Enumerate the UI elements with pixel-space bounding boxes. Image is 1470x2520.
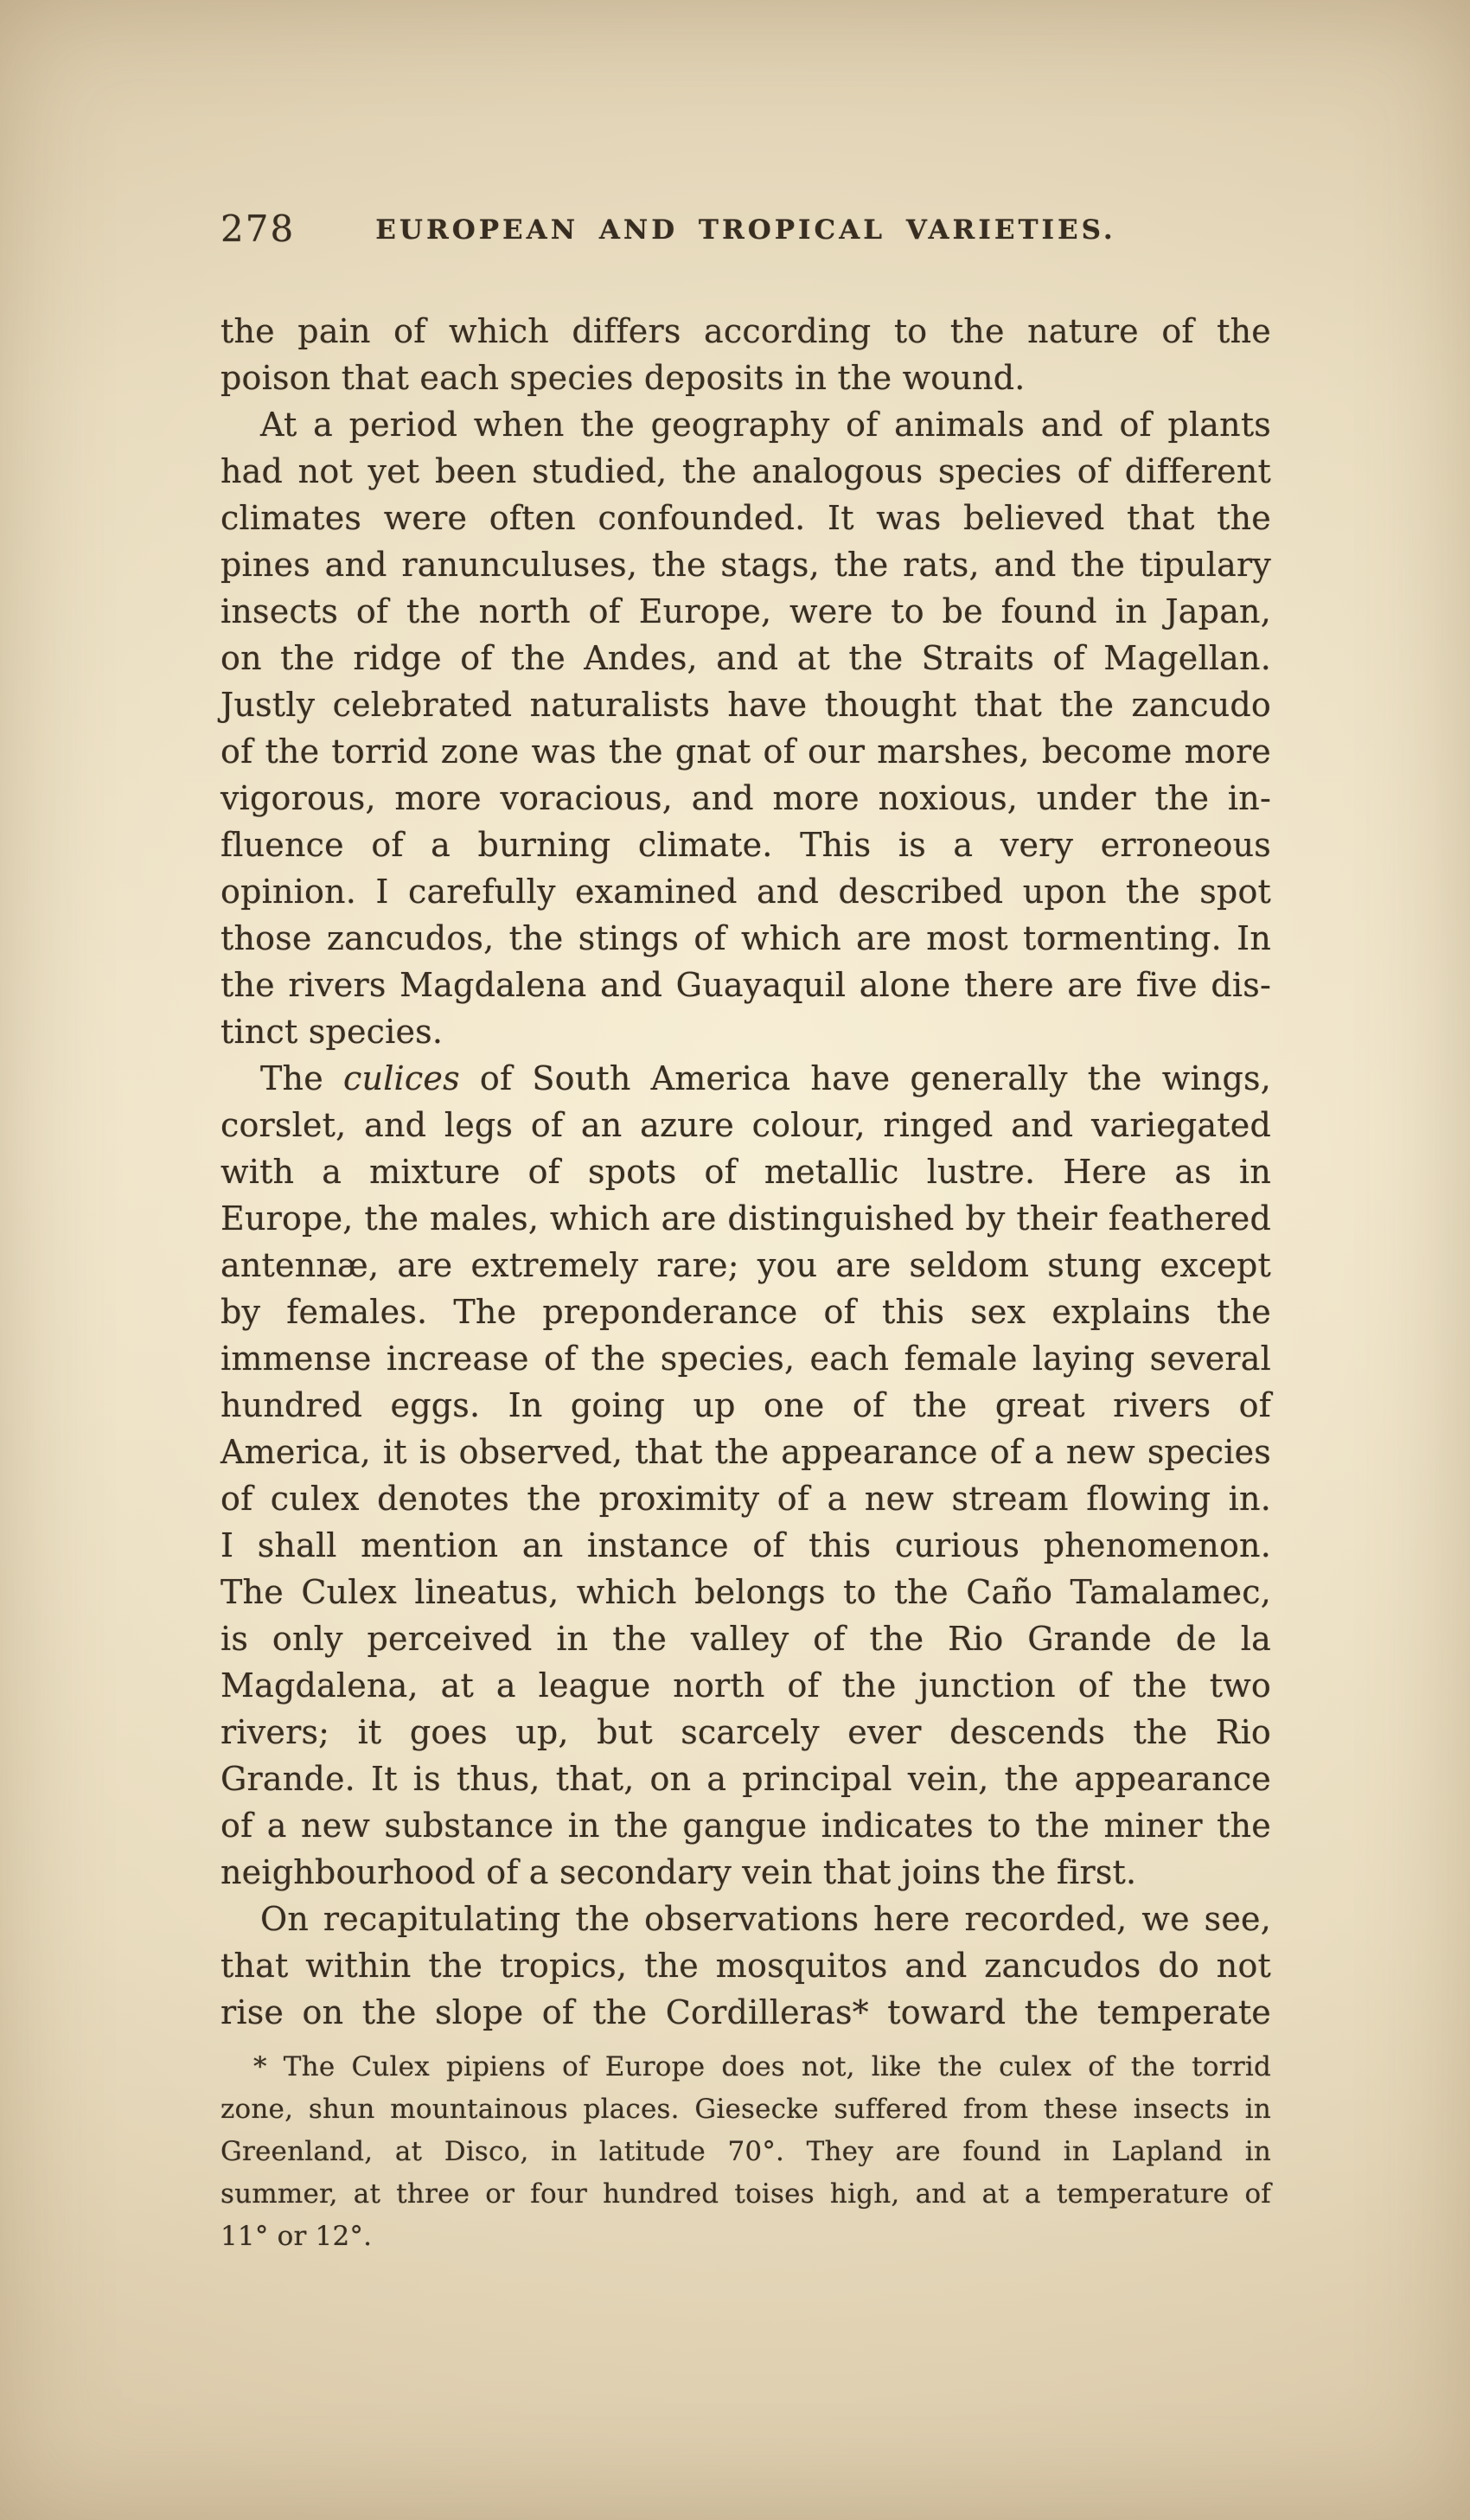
footnote-line: * The Culex pipiens of Europe does not, … <box>220 2046 1271 2088</box>
text-line: pines and ranunculuses, the stags, the r… <box>220 541 1271 588</box>
text-line: On recapitulating the observations here … <box>220 1896 1271 1942</box>
text-line: Justly celebrated naturalists have thoug… <box>220 681 1271 728</box>
text-line: The culices of South America have genera… <box>220 1055 1271 1102</box>
text-line: hundred eggs. In going up one of the gre… <box>220 1382 1271 1429</box>
text-line: corslet, and legs of an azure colour, ri… <box>220 1102 1271 1148</box>
text-line: At a period when the geography of animal… <box>220 401 1271 448</box>
running-title: EUROPEAN AND TROPICAL VARIETIES. <box>220 214 1271 246</box>
text-line: rise on the slope of the Cordilleras* to… <box>220 1989 1271 2036</box>
text-line: Magdalena, at a league north of the junc… <box>220 1662 1271 1709</box>
text-line: the rivers Magdalena and Guayaquil alone… <box>220 962 1271 1008</box>
text-line: antennæ, are extremely rare; you are sel… <box>220 1242 1271 1289</box>
text-line: with a mixture of spots of metallic lust… <box>220 1148 1271 1195</box>
text-line: by females. The preponderance of this se… <box>220 1289 1271 1335</box>
text-line: is only perceived in the valley of the R… <box>220 1615 1271 1662</box>
footnote-line: Greenland, at Disco, in latitude 70°. Th… <box>220 2131 1271 2173</box>
text-line: climates were often confounded. It was b… <box>220 495 1271 541</box>
text-line: neighbourhood of a secondary vein that j… <box>220 1849 1271 1896</box>
text-line: on the ridge of the Andes, and at the St… <box>220 635 1271 681</box>
text-line: that within the tropics, the mosquitos a… <box>220 1942 1271 1989</box>
text-line: of culex denotes the proximity of a new … <box>220 1475 1271 1522</box>
text-line: rivers; it goes up, but scarcely ever de… <box>220 1709 1271 1756</box>
body-text: the pain of which differs according to t… <box>220 308 1271 2036</box>
footnote-line: zone, shun mountainous places. Giesecke … <box>220 2088 1271 2131</box>
text-line: of a new substance in the gangue indicat… <box>220 1802 1271 1849</box>
text-line: had not yet been studied, the analogous … <box>220 448 1271 495</box>
text-line: Europe, the males, which are distinguish… <box>220 1195 1271 1242</box>
text-line: insects of the north of Europe, were to … <box>220 588 1271 635</box>
text-line: vigorous, more voracious, and more noxio… <box>220 775 1271 822</box>
text-line: fluence of a burning climate. This is a … <box>220 822 1271 868</box>
text-line: tinct species. <box>220 1008 1271 1055</box>
book-page: 278 EUROPEAN AND TROPICAL VARIETIES. the… <box>0 0 1470 2520</box>
text-line: Grande. It is thus, that, on a principal… <box>220 1756 1271 1802</box>
text-line: poison that each species deposits in the… <box>220 355 1271 401</box>
text-line: opinion. I carefully examined and descri… <box>220 868 1271 915</box>
text-line: I shall mention an instance of this curi… <box>220 1522 1271 1569</box>
footnote-line: 11° or 12°. <box>220 2216 1271 2258</box>
text-line: America, it is observed, that the appear… <box>220 1429 1271 1475</box>
footnote: * The Culex pipiens of Europe does not, … <box>220 2046 1271 2258</box>
text-line: of the torrid zone was the gnat of our m… <box>220 728 1271 775</box>
text-line: The Culex lineatus, which belongs to the… <box>220 1569 1271 1615</box>
page-header: 278 EUROPEAN AND TROPICAL VARIETIES. <box>220 208 1271 254</box>
footnote-line: summer, at three or four hundred toises … <box>220 2173 1271 2216</box>
text-line: the pain of which differs according to t… <box>220 308 1271 355</box>
text-line: immense increase of the species, each fe… <box>220 1335 1271 1382</box>
text-line: those zancudos, the stings of which are … <box>220 915 1271 962</box>
